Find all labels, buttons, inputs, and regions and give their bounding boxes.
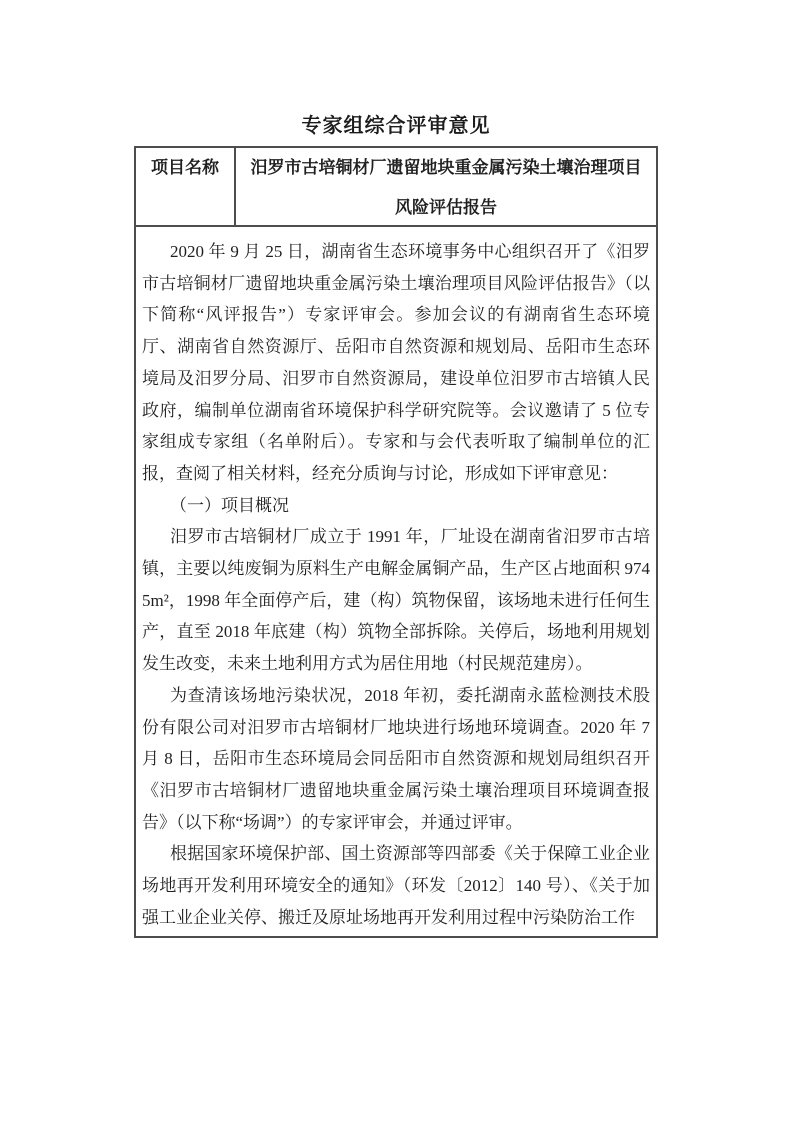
paragraph-factory-history: 汨罗市古培铜材厂成立于 1991 年，厂址设在湖南省汨罗市古培镇，主要以纯废铜为… bbox=[142, 521, 650, 680]
paragraph-policy-basis: 根据国家环境保护部、国土资源部等四部委《关于保障工业企业场地再开发利用环境安全的… bbox=[142, 838, 650, 933]
document-page: 专家组综合评审意见 项目名称 汨罗市古培铜材厂遗留地块重金属污染土壤治理项目 风… bbox=[0, 0, 793, 1122]
project-name-label-cell: 项目名称 bbox=[136, 148, 236, 225]
review-body-cell: 2020 年 9 月 25 日，湖南省生态环境事务中心组织召开了《汨罗市古培铜材… bbox=[136, 227, 656, 938]
paragraph-meeting-intro: 2020 年 9 月 25 日，湖南省生态环境事务中心组织召开了《汨罗市古培铜材… bbox=[142, 236, 650, 490]
document-title: 专家组综合评审意见 bbox=[134, 109, 658, 138]
section-heading-project-overview: （一）项目概况 bbox=[142, 490, 650, 522]
project-name-row: 项目名称 汨罗市古培铜材厂遗留地块重金属污染土壤治理项目 风险评估报告 bbox=[136, 148, 656, 227]
paragraph-site-investigation: 为查清该场地污染状况，2018 年初，委托湖南永蓝检测技术股份有限公司对汨罗市古… bbox=[142, 680, 650, 839]
project-name-line-1: 汨罗市古培铜材厂遗留地块重金属污染土壤治理项目 bbox=[236, 148, 656, 188]
project-name-line-2: 风险评估报告 bbox=[236, 188, 656, 225]
project-name-value-cell: 汨罗市古培铜材厂遗留地块重金属污染土壤治理项目 风险评估报告 bbox=[236, 148, 656, 225]
review-table: 项目名称 汨罗市古培铜材厂遗留地块重金属污染土壤治理项目 风险评估报告 2020… bbox=[134, 146, 658, 938]
